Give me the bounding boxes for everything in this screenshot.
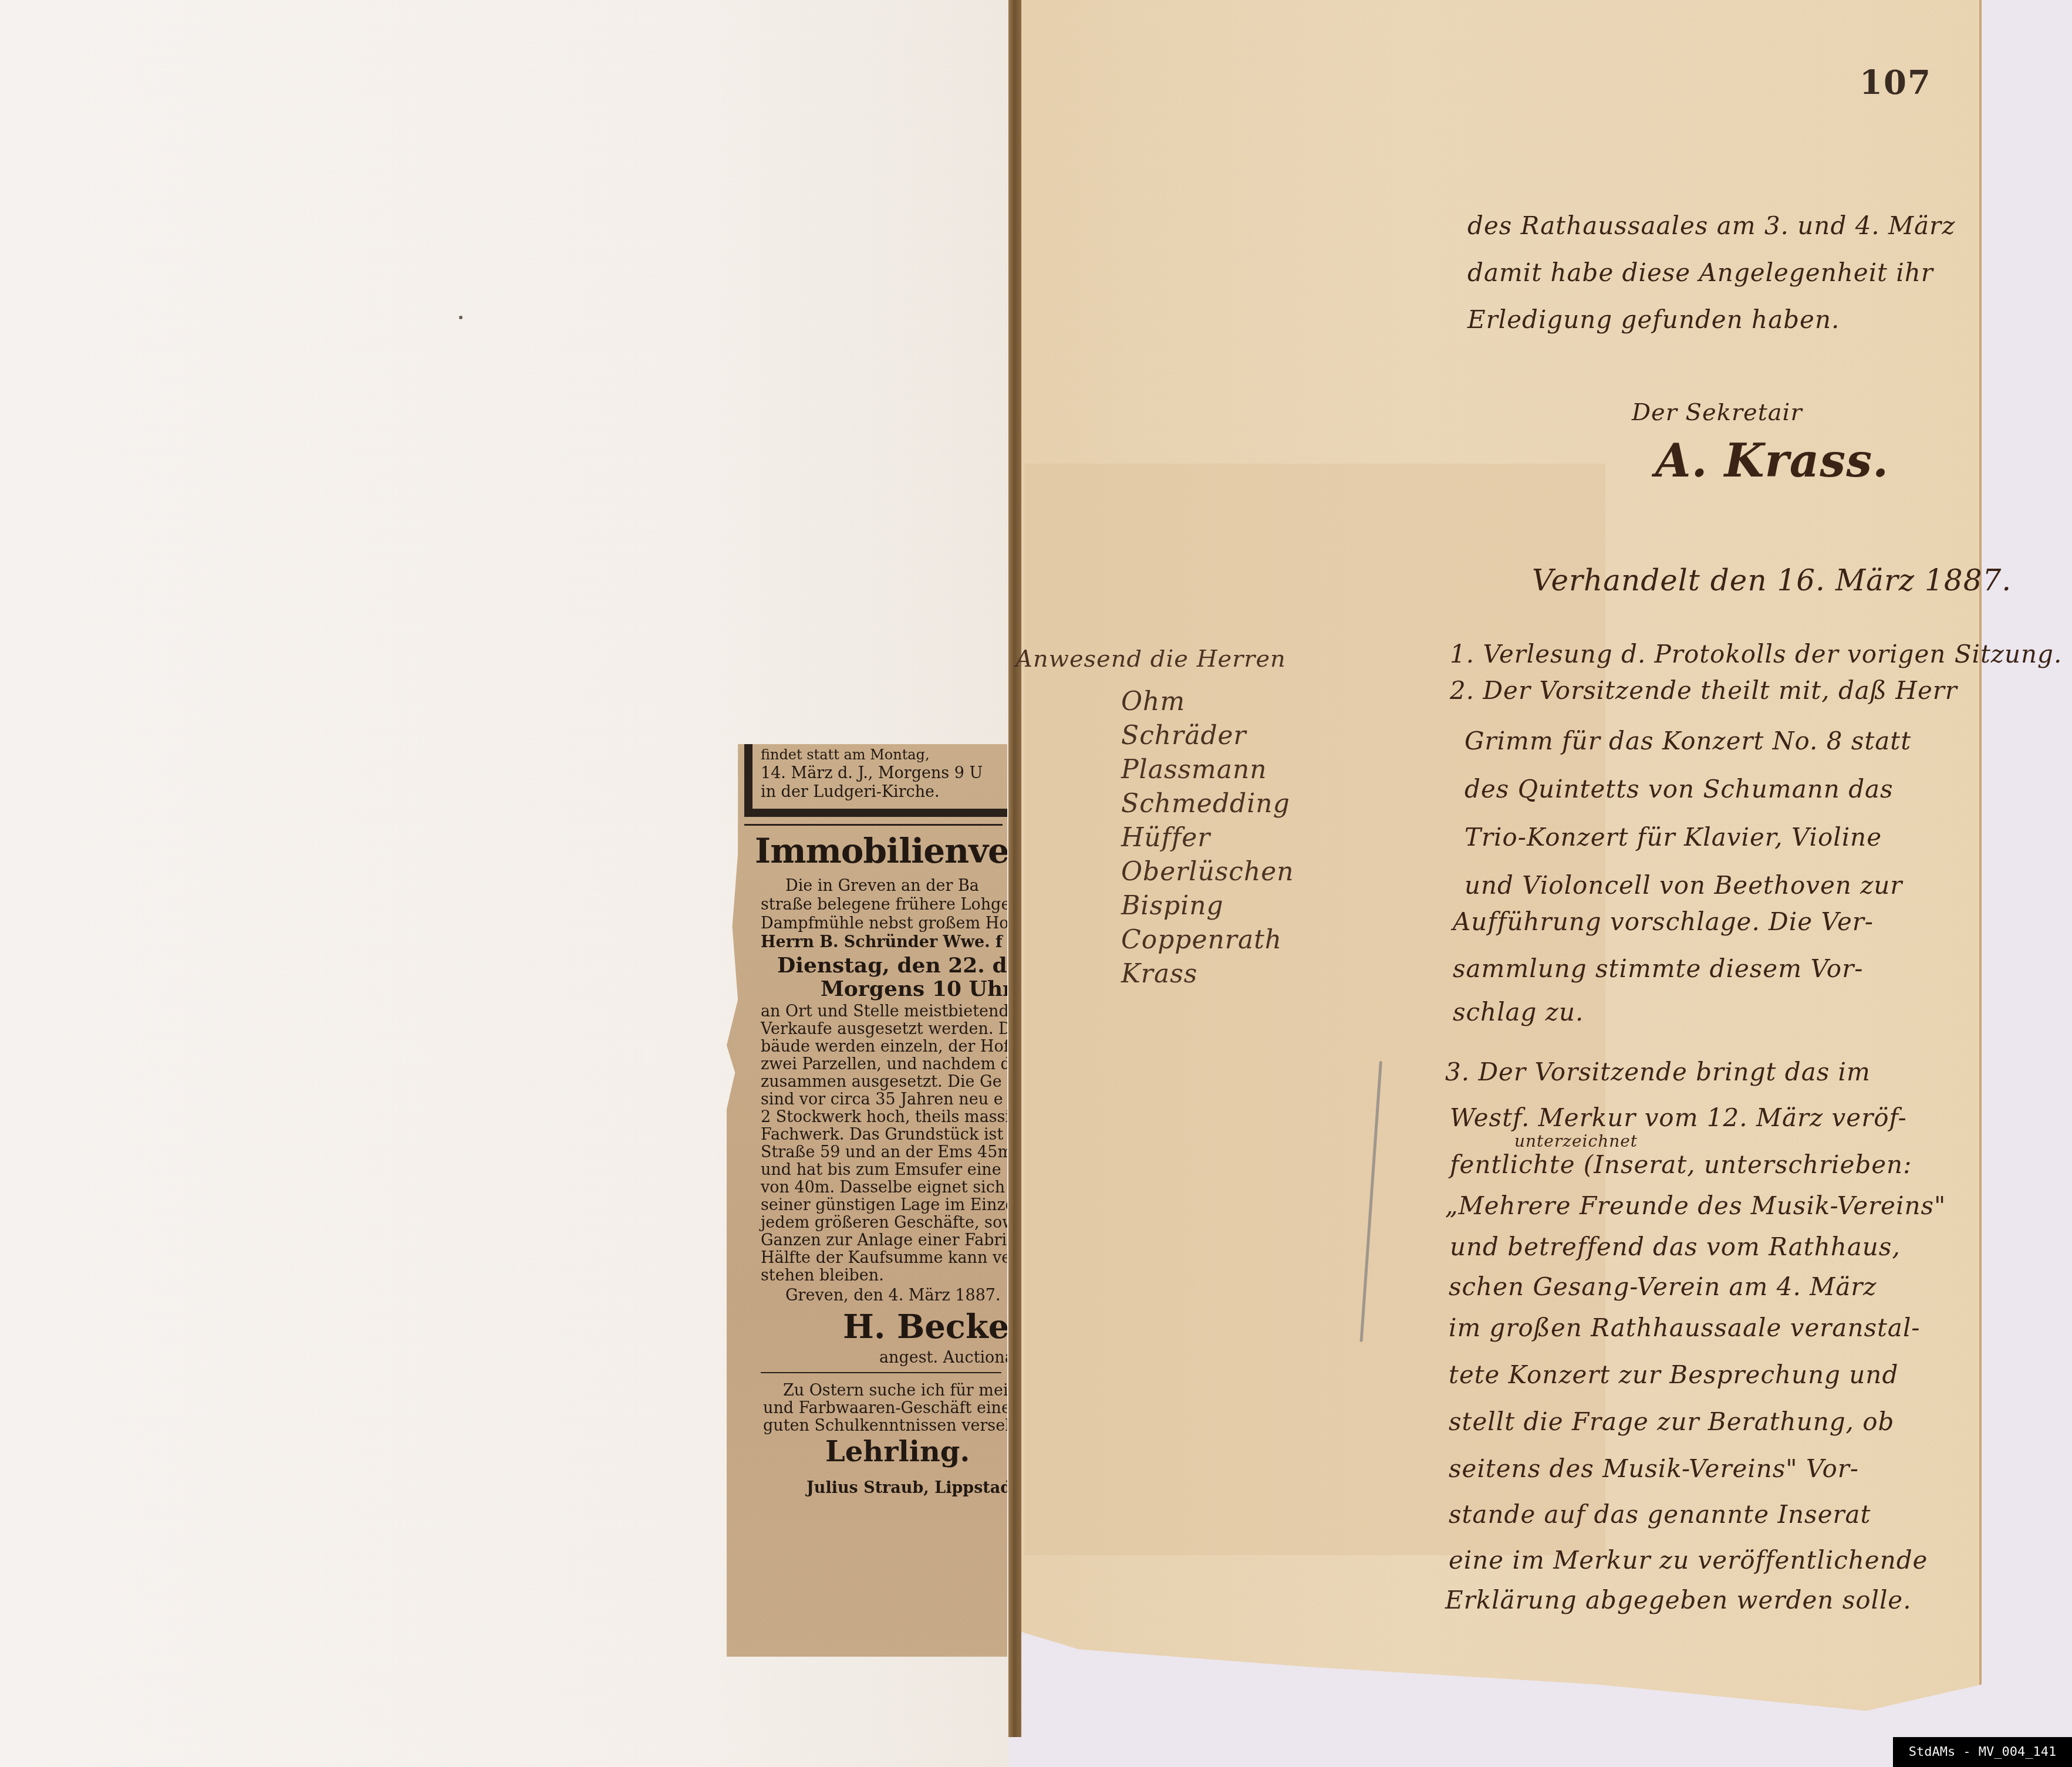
protocol-line: 2. Der Vorsitzende theilt mit, daß Herr <box>1450 676 1958 705</box>
protocol-line: Westf. Merkur vom 12. März veröf- <box>1450 1103 1907 1132</box>
auction-time: Morgens 10 Uhr, <box>821 977 1020 1001</box>
attendee-name: Bisping <box>1121 891 1224 921</box>
attendee-name: Ohm <box>1121 687 1185 717</box>
attendee-name: Plassmann <box>1121 755 1267 785</box>
ad-line: Ganzen zur Anlage einer Fabrik. <box>761 1231 1021 1249</box>
notice-line: 14. März d. J., Morgens 9 U <box>761 764 983 782</box>
ad-signer: Julius Straub, Lippstadt. <box>806 1479 1024 1497</box>
protocol-line: des Quintetts von Schumann das <box>1464 775 1894 803</box>
signature-name: A. Krass. <box>1655 434 1889 488</box>
ad-line: 2 Stockwerk hoch, theils massiv, <box>761 1108 1022 1126</box>
protocol-line: eine im Merkur zu veröffentlichende <box>1449 1546 1928 1575</box>
protocol-line: stande auf das genannte Inserat <box>1449 1500 1871 1529</box>
protocol-line: 1. Verlesung d. Protokolls der vorigen S… <box>1450 640 2062 668</box>
ad-line: Verkaufe ausgesetzt werden. Di <box>761 1020 1016 1038</box>
ad-line: seiner günstigen Lage im Einzeln <box>761 1196 1030 1214</box>
protocol-line: und betreffend das vom Rathhaus, <box>1450 1232 1901 1261</box>
protocol-line: stellt die Frage zur Berathung, ob <box>1449 1407 1894 1436</box>
ad-line: Straße 59 und an der Ems 45m <box>761 1143 1013 1161</box>
protocol-line: Grimm für das Konzert No. 8 statt <box>1464 727 1911 755</box>
handwritten-line: Erledigung gefunden haben. <box>1467 305 1840 334</box>
ad-line: straße belegene frühere Lohgerber <box>761 896 1045 914</box>
ad-line: Fachwerk. Das Grundstück ist a <box>761 1126 1018 1144</box>
ad-title-lehrling: Lehrling. <box>825 1435 970 1468</box>
ad-line: sind vor circa 35 Jahren neu e <box>761 1090 1003 1109</box>
attendee-name: Coppenrath <box>1121 925 1282 955</box>
signature-title: Der Sekretair <box>1632 399 1803 426</box>
book-gutter <box>1008 0 1021 1737</box>
protocol-line: schlag zu. <box>1453 998 1584 1026</box>
auctioneer-name: H. Becker, <box>843 1307 1035 1346</box>
protocol-line: fentlichte (Inserat, unterschrieben: <box>1450 1150 1912 1179</box>
ad-line: Die in Greven an der Ba <box>785 877 979 895</box>
ad-line: an Ort und Stelle meistbietend <box>761 1002 1009 1021</box>
protocol-line: seitens des Musik-Vereins" Vor- <box>1449 1454 1859 1483</box>
handwritten-line: damit habe diese Angelegenheit ihr <box>1467 258 1933 287</box>
divider <box>761 1372 1001 1373</box>
divider <box>744 824 1003 826</box>
newspaper-clipping: findet statt am Montag, 14. März d. J., … <box>727 744 1007 1657</box>
ad-line: zusammen ausgesetzt. Die Ge <box>761 1073 1002 1091</box>
attendees-title: Anwesend die Herren <box>1015 646 1286 673</box>
protocol-line: „Mehrere Freunde des Musik-Vereins" <box>1445 1191 1946 1220</box>
protocol-line: Trio-Konzert für Klavier, Violine <box>1464 823 1882 852</box>
ad-line: Herrn B. Schründer Wwe. f <box>761 933 1003 951</box>
archive-label: StdAMs - MV_004_141 <box>1893 1737 2072 1767</box>
protocol-line: und Violoncell von Beethoven zur <box>1464 871 1902 900</box>
notice-line: in der Ludgeri-Kirche. <box>761 783 940 801</box>
attendee-name: Krass <box>1121 959 1197 989</box>
protocol-line: schen Gesang-Verein am 4. März <box>1449 1272 1877 1301</box>
ad-line: bäude werden einzeln, der Hofrau <box>761 1038 1037 1056</box>
protocol-line: im großen Rathhaussaale veranstal- <box>1449 1313 1921 1342</box>
ad-line: stehen bleiben. <box>761 1266 884 1285</box>
protocol-line: tete Konzert zur Besprechung und <box>1449 1360 1898 1389</box>
ad-line: Hälfte der Kaufsumme kann verzi <box>761 1249 1032 1267</box>
ad-line: Dampfmühle nebst großem Hofrau <box>761 914 1042 933</box>
ad-line: und hat bis zum Emsufer eine <box>761 1161 1001 1179</box>
ad-line: und Farbwaaren-Geschäft einen <box>763 1399 1021 1417</box>
meeting-heading: Verhandelt den 16. März 1887. <box>1532 563 2012 597</box>
attendee-name: Schräder <box>1121 721 1247 751</box>
protocol-line: 3. Der Vorsitzende bringt das im <box>1445 1058 1871 1086</box>
ad-line: von 40m. Dasselbe eignet sich <box>761 1178 1005 1197</box>
protocol-line: Erklärung abgegeben werden solle. <box>1445 1586 1912 1614</box>
place-date: Greven, den 4. März 1887. <box>785 1286 1001 1305</box>
attendee-name: Schmedding <box>1121 789 1290 819</box>
ad-line: zwei Parzellen, und nachdem das G <box>761 1055 1046 1073</box>
handwritten-line: des Rathaussaales am 3. und 4. März <box>1467 211 1955 240</box>
protocol-line: sammlung stimmte diesem Vor- <box>1453 954 1863 983</box>
protocol-line: Aufführung vorschlage. Die Ver- <box>1453 907 1874 936</box>
ad-line: jedem größeren Geschäfte, sowi <box>761 1214 1021 1232</box>
page-number: 107 <box>1860 63 1932 102</box>
attendee-name: Oberlüschen <box>1121 857 1294 887</box>
interlinear-insertion: unterzeichnet <box>1514 1131 1638 1151</box>
notice-line: findet statt am Montag, <box>761 746 930 763</box>
attendee-name: Hüffer <box>1121 823 1210 853</box>
paper-speck <box>459 316 463 319</box>
